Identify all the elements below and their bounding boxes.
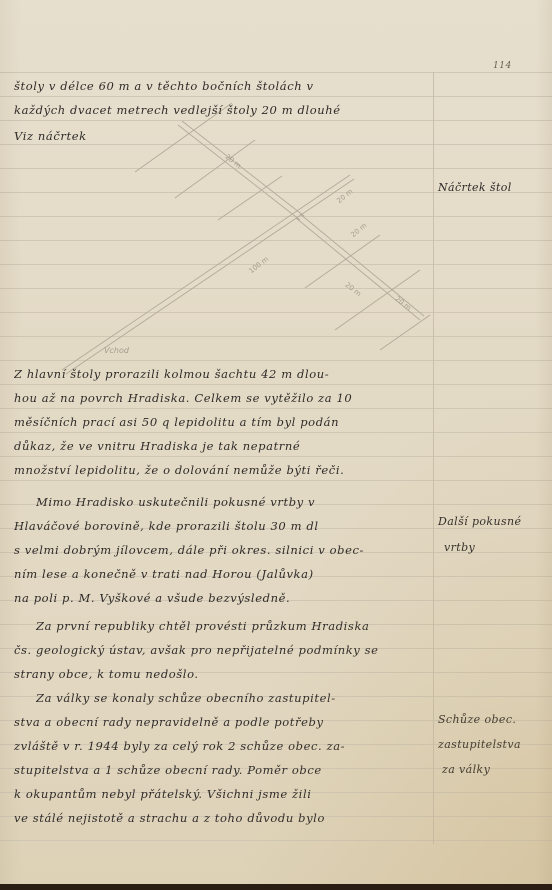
text-line: Za války se konaly schůze obecního zastu… xyxy=(36,690,456,706)
margin-note: za války xyxy=(442,762,552,778)
text-line: s velmi dobrým jílovcem, dále při okres.… xyxy=(14,542,434,558)
text-line: měsíčních prací asi 50 q lepidolitu a tí… xyxy=(14,414,434,430)
text-line: zvláště v r. 1944 byly za celý rok 2 sch… xyxy=(14,738,434,754)
text-line: stupitelstva a 1 schůze obecní rady. Pom… xyxy=(14,762,434,778)
margin-note: Schůze obec. xyxy=(438,712,550,728)
text-line: každých dvacet metrech vedlejší štoly 20… xyxy=(14,102,434,118)
document-page: 114 20 m 20 m 20 m 100 m 20 m 20 m Vchod… xyxy=(0,0,552,884)
text-line: strany obce, k tomu nedošlo. xyxy=(14,666,434,682)
text-line: Viz náčrtek xyxy=(14,128,434,144)
text-line: Hlaváčové borovině, kde prorazili štolu … xyxy=(14,518,434,534)
text-line: ve stálé nejistotě a strachu a z toho dů… xyxy=(14,810,434,826)
text-line: ním lese a konečně v trati nad Horou (Ja… xyxy=(14,566,434,582)
text-line: čs. geologický ústav, avšak pro nepřijat… xyxy=(14,642,434,658)
text-line: Mimo Hradisko uskutečnili pokusné vrtby … xyxy=(36,494,456,510)
text-line: stva a obecní rady nepravidelně a podle … xyxy=(14,714,434,730)
text-line: k okupantům nebyl přátelský. Všichni jsm… xyxy=(14,786,434,802)
text-line: na poli p. M. Vyškové a všude bezvýsledn… xyxy=(14,590,434,606)
margin-note: vrtby xyxy=(444,540,552,556)
margin-note: zastupitelstva xyxy=(438,737,550,753)
text-line: Z hlavní štoly prorazili kolmou šachtu 4… xyxy=(14,366,434,382)
text-line: důkaz, že ve vnitru Hradiska je tak nepa… xyxy=(14,438,434,454)
text-line: hou až na povrch Hradiska. Celkem se vyt… xyxy=(14,390,434,406)
margin-note: Náčrtek štol xyxy=(438,180,550,196)
margin-note: Další pokusné xyxy=(438,514,550,530)
sketch-label-entrance: Vchod xyxy=(104,346,129,355)
text-line: Za první republiky chtěl provésti průzku… xyxy=(36,618,456,634)
text-line: množství lepidolitu, že o dolování nemůž… xyxy=(14,462,434,478)
text-line: štoly v délce 60 m a v těchto bočních št… xyxy=(14,78,434,94)
